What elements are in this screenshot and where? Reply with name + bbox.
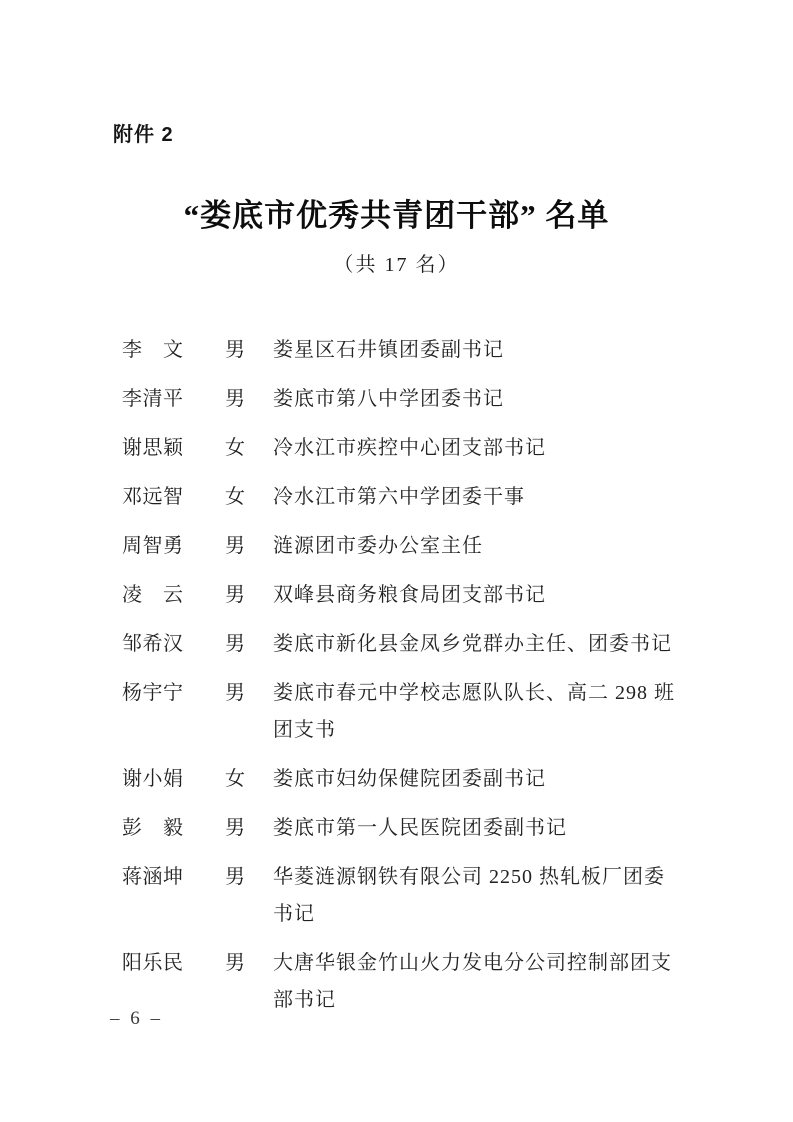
roster-row: 邹希汉男娄底市新化县金凤乡党群办主任、团委书记 [122, 626, 702, 663]
gender-cell: 男 [225, 577, 247, 614]
roster-row: 谢思颖女冷水江市疾控中心团支部书记 [122, 430, 702, 467]
gender-cell: 男 [225, 381, 247, 418]
position-cell: 冷水江市第六中学团委干事 [273, 479, 697, 516]
roster-row: 阳乐民男大唐华银金竹山火力发电分公司控制部团支 部书记 [122, 945, 702, 1019]
name-cell: 杨宇宁 [122, 675, 184, 712]
gender-cell: 男 [225, 859, 247, 896]
position-cell: 大唐华银金竹山火力发电分公司控制部团支 部书记 [273, 945, 697, 1019]
name-cell: 邹希汉 [122, 626, 184, 663]
position-cell: 娄星区石井镇团委副书记 [273, 332, 697, 369]
name-cell: 凌 云 [122, 577, 184, 614]
position-cell: 冷水江市疾控中心团支部书记 [273, 430, 697, 467]
page-title: “娄底市优秀共青团干部” 名单 [0, 196, 793, 236]
roster-row: 李 文男娄星区石井镇团委副书记 [122, 332, 702, 369]
roster-row: 凌 云男双峰县商务粮食局团支部书记 [122, 577, 702, 614]
gender-cell: 女 [225, 761, 247, 798]
name-cell: 彭 毅 [122, 810, 184, 847]
roster: 李 文男娄星区石井镇团委副书记李清平男娄底市第八中学团委书记谢思颖女冷水江市疾控… [122, 332, 702, 1031]
gender-cell: 男 [225, 810, 247, 847]
name-cell: 蒋涵坤 [122, 859, 184, 896]
name-cell: 李清平 [122, 381, 184, 418]
position-cell: 娄底市春元中学校志愿队队长、高二 298 班 团支书 [273, 675, 697, 749]
position-cell: 华菱涟源钢铁有限公司 2250 热轧板厂团委 书记 [273, 859, 697, 933]
position-cell: 双峰县商务粮食局团支部书记 [273, 577, 697, 614]
page-subtitle: （共 17 名） [0, 251, 793, 279]
gender-cell: 男 [225, 675, 247, 712]
position-cell: 涟源团市委办公室主任 [273, 528, 697, 565]
position-cell: 娄底市妇幼保健院团委副书记 [273, 761, 697, 798]
name-cell: 阳乐民 [122, 945, 184, 982]
gender-cell: 男 [225, 528, 247, 565]
roster-row: 彭 毅男娄底市第一人民医院团委副书记 [122, 810, 702, 847]
gender-cell: 男 [225, 626, 247, 663]
gender-cell: 男 [225, 945, 247, 982]
page-number: – 6 – [110, 1006, 160, 1032]
document-page: 附件 2 “娄底市优秀共青团干部” 名单 （共 17 名） 李 文男娄星区石井镇… [0, 0, 793, 1122]
roster-row: 周智勇男涟源团市委办公室主任 [122, 528, 702, 565]
gender-cell: 男 [225, 332, 247, 369]
roster-row: 李清平男娄底市第八中学团委书记 [122, 381, 702, 418]
name-cell: 邓远智 [122, 479, 184, 516]
roster-row: 谢小娟女娄底市妇幼保健院团委副书记 [122, 761, 702, 798]
gender-cell: 女 [225, 430, 247, 467]
name-cell: 谢小娟 [122, 761, 184, 798]
position-cell: 娄底市第八中学团委书记 [273, 381, 697, 418]
roster-row: 邓远智女冷水江市第六中学团委干事 [122, 479, 702, 516]
name-cell: 李 文 [122, 332, 184, 369]
name-cell: 周智勇 [122, 528, 184, 565]
gender-cell: 女 [225, 479, 247, 516]
roster-row: 蒋涵坤男华菱涟源钢铁有限公司 2250 热轧板厂团委 书记 [122, 859, 702, 933]
name-cell: 谢思颖 [122, 430, 184, 467]
roster-row: 杨宇宁男娄底市春元中学校志愿队队长、高二 298 班 团支书 [122, 675, 702, 749]
attachment-label: 附件 2 [113, 122, 174, 148]
position-cell: 娄底市第一人民医院团委副书记 [273, 810, 697, 847]
position-cell: 娄底市新化县金凤乡党群办主任、团委书记 [273, 626, 697, 663]
